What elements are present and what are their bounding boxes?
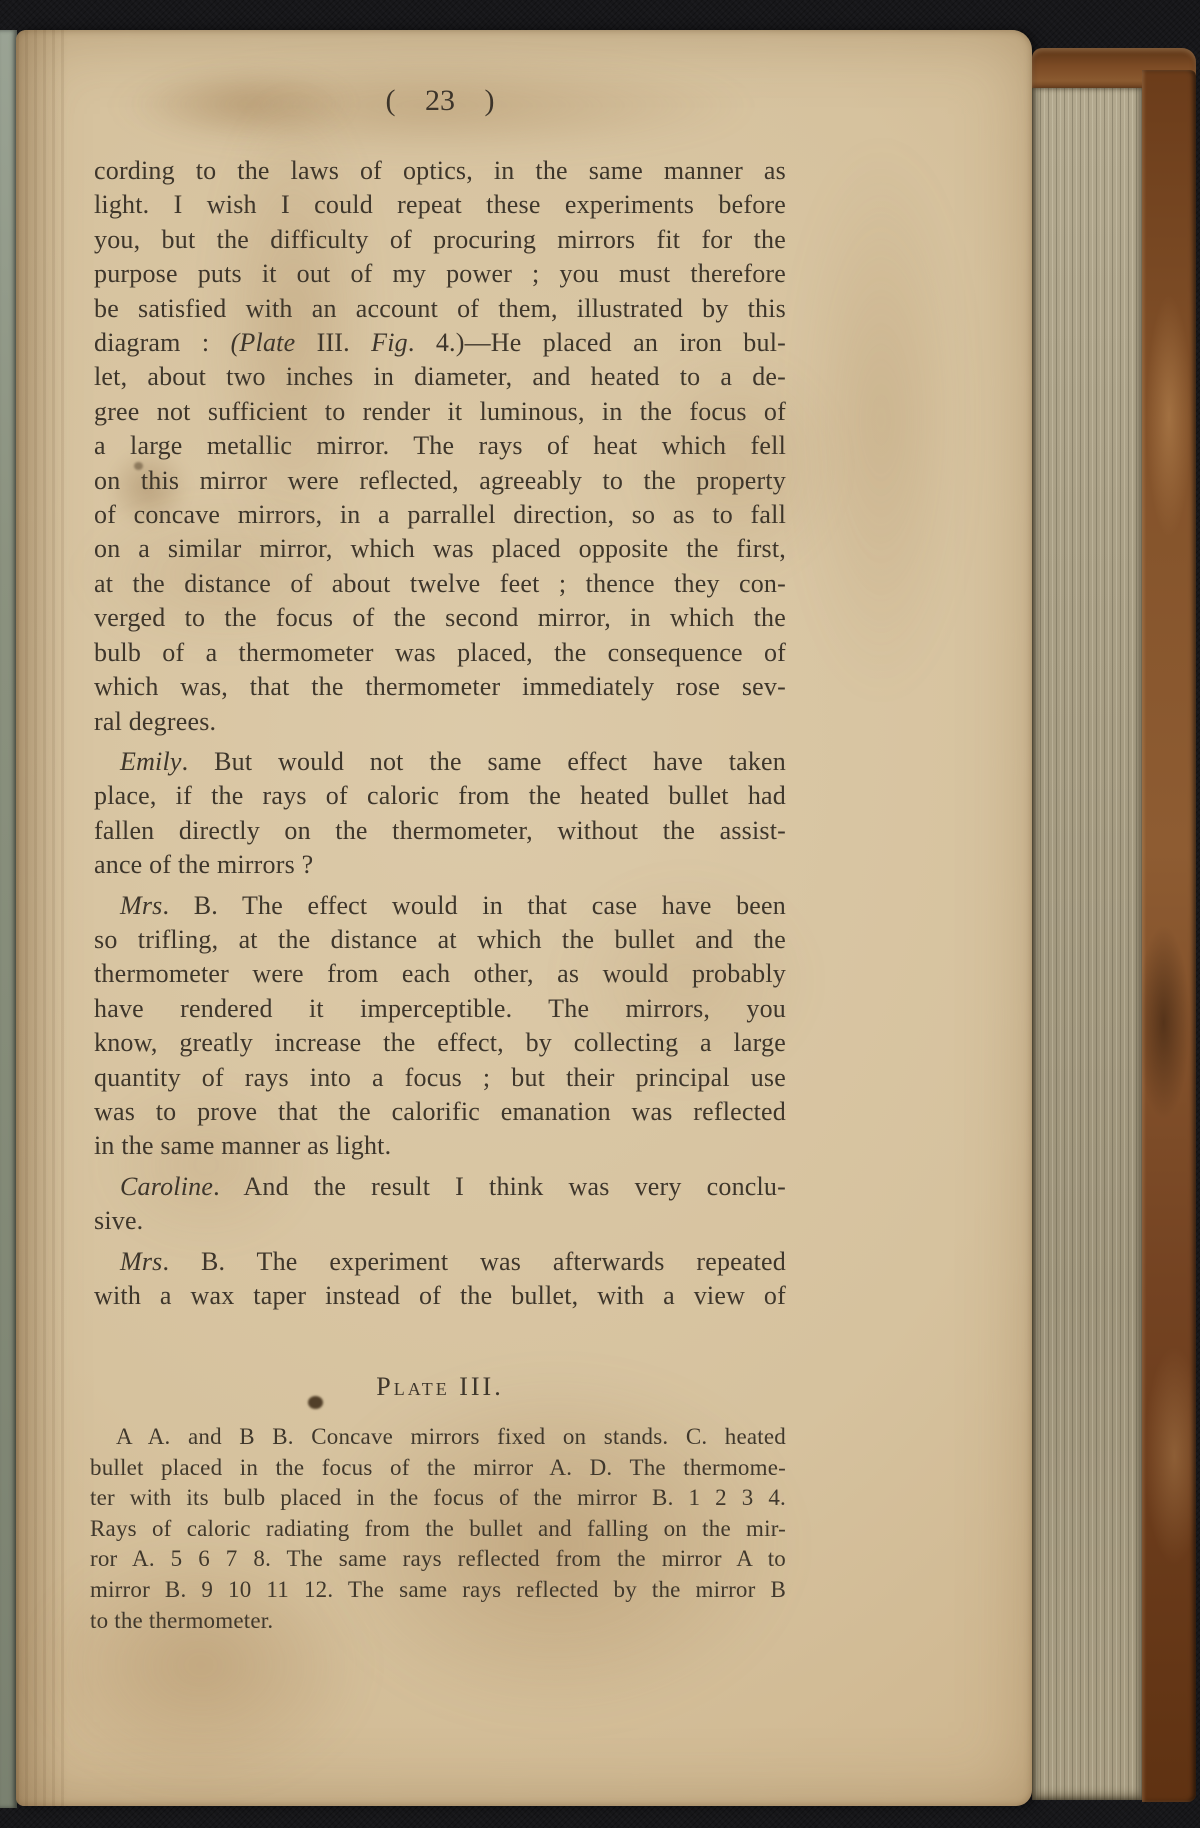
text-segment: ance of the mirrors ? (94, 850, 313, 879)
text-line: so trifling, at the distance at which th… (94, 923, 786, 957)
paragraph: Caroline. And the result I think was ver… (94, 1170, 786, 1239)
paragraph: Mrs. B. The effect would in that case ha… (94, 889, 786, 1164)
text-line: a large metallic mirror. The rays of hea… (94, 429, 786, 463)
text-segment: in the same manner as light. (94, 1131, 391, 1160)
text-line: was to prove that the calorific emanatio… (94, 1095, 786, 1129)
paragraph: Emily. But would not the same effect hav… (94, 745, 786, 883)
text-line: quantity of rays into a focus ; but thei… (94, 1061, 786, 1095)
text-line: cording to the laws of optics, in the sa… (94, 154, 786, 188)
text-line: thermometer were from each other, as wou… (94, 957, 786, 991)
text-line: of concave mirrors, in a parrallel direc… (94, 498, 786, 532)
text-segment: . But would not the same effect have tak… (182, 747, 786, 776)
text-segment: light. I wish I could repeat these exper… (94, 190, 786, 219)
text-line: in the same manner as light. (94, 1129, 786, 1163)
text-line: ance of the mirrors ? (94, 848, 786, 882)
text-line: purpose puts it out of my power ; you mu… (94, 257, 786, 291)
text-segment: thermometer were from each other, as wou… (94, 959, 786, 988)
text-segment: III. (295, 328, 371, 357)
text-segment: place, if the rays of caloric from the h… (94, 781, 786, 810)
text-line: place, if the rays of caloric from the h… (94, 779, 786, 813)
text-line: sive. (94, 1204, 786, 1238)
text-segment: on a similar mirror, which was placed op… (94, 534, 786, 563)
italic-text-segment: Caroline (120, 1172, 213, 1201)
text-line: at the distance of about twelve feet ; t… (94, 567, 786, 601)
text-line: ter with its bulb placed in the focus of… (90, 1483, 786, 1514)
text-line: Mrs. B. The experiment was afterwards re… (94, 1245, 786, 1279)
text-line: gree not sufficient to render it luminou… (94, 395, 786, 429)
text-segment: with a wax taper instead of the bullet, … (94, 1281, 786, 1310)
text-segment: purpose puts it out of my power ; you mu… (94, 259, 786, 288)
text-segment: was to prove that the calorific emanatio… (94, 1097, 786, 1126)
text-segment: at the distance of about twelve feet ; t… (94, 569, 786, 598)
text-line: with a wax taper instead of the bullet, … (94, 1279, 786, 1313)
paragraph: cording to the laws of optics, in the sa… (94, 154, 786, 739)
text-line: on a similar mirror, which was placed op… (94, 532, 786, 566)
plate-heading: Plate III. (94, 1372, 786, 1402)
text-line: ror A. 5 6 7 8. The same rays reflected … (90, 1544, 786, 1575)
text-segment: of concave mirrors, in a parrallel direc… (94, 500, 786, 529)
paragraph: Mrs. B. The experiment was afterwards re… (94, 1245, 786, 1314)
text-segment: let, about two inches in diameter, and h… (94, 362, 786, 391)
text-segment: cording to the laws of optics, in the sa… (94, 156, 786, 185)
text-line: Rays of caloric radiating from the bulle… (90, 1514, 786, 1545)
text-segment: . B. The effect would in that case have … (163, 891, 787, 920)
text-segment: diagram : (94, 328, 231, 357)
text-segment: know, greatly increase the effect, by co… (94, 1028, 786, 1057)
cover-leather-right (1142, 70, 1196, 1802)
page-number: ( 23 ) (94, 84, 786, 118)
italic-text-segment: Emily (120, 747, 182, 776)
text-segment: A A. and B B. Concave mirrors fixed on s… (116, 1424, 786, 1449)
text-segment: a large metallic mirror. The rays of hea… (94, 431, 786, 460)
text-segment: ror A. 5 6 7 8. The same rays reflected … (90, 1546, 786, 1571)
text-line: Caroline. And the result I think was ver… (94, 1170, 786, 1204)
text-segment: . B. The experiment was afterwards repea… (163, 1247, 787, 1276)
text-segment: Rays of caloric radiating from the bulle… (90, 1516, 786, 1541)
text-line: Emily. But would not the same effect hav… (94, 745, 786, 779)
book-page: ( 23 ) cording to the laws of optics, in… (16, 30, 1032, 1806)
text-segment: mirror B. 9 10 11 12. The same rays refl… (90, 1577, 786, 1602)
text-segment: bulb of a thermometer was placed, the co… (94, 638, 786, 667)
plate-caption: A A. and B B. Concave mirrors fixed on s… (90, 1422, 786, 1636)
text-line: light. I wish I could repeat these exper… (94, 188, 786, 222)
text-segment: ter with its bulb placed in the focus of… (90, 1485, 786, 1510)
italic-text-segment: Mrs (120, 1247, 163, 1276)
text-line: to the thermometer. (90, 1606, 786, 1637)
paper-stain (796, 140, 966, 700)
text-line: know, greatly increase the effect, by co… (94, 1026, 786, 1060)
text-segment: sive. (94, 1206, 143, 1235)
text-line: have rendered it imperceptible. The mirr… (94, 992, 786, 1026)
text-line: Mrs. B. The effect would in that case ha… (94, 889, 786, 923)
italic-text-segment: Mrs (120, 891, 163, 920)
text-segment: ral degrees. (94, 707, 216, 736)
text-line: you, but the difficulty of procuring mir… (94, 223, 786, 257)
text-segment: which was, that the thermometer immediat… (94, 672, 786, 701)
text-line: bullet placed in the focus of the mirror… (90, 1453, 786, 1484)
text-segment: you, but the difficulty of procuring mir… (94, 225, 786, 254)
text-line: ral degrees. (94, 705, 786, 739)
text-segment: be satisfied with an account of them, il… (94, 294, 786, 323)
text-line: which was, that the thermometer immediat… (94, 670, 786, 704)
text-line: on this mirror were reflected, agreeably… (94, 464, 786, 498)
text-segment: verged to the focus of the second mirror… (94, 603, 786, 632)
text-segment: bullet placed in the focus of the mirror… (90, 1455, 786, 1480)
text-line: be satisfied with an account of them, il… (94, 292, 786, 326)
text-segment: to the thermometer. (90, 1608, 273, 1633)
text-line: fallen directly on the thermometer, with… (94, 814, 786, 848)
fore-edge-pages (1032, 88, 1142, 1800)
text-segment: quantity of rays into a focus ; but thei… (94, 1063, 786, 1092)
text-segment: fallen directly on the thermometer, with… (94, 816, 786, 845)
cover-edge-left (0, 30, 17, 1808)
text-line: bulb of a thermometer was placed, the co… (94, 636, 786, 670)
text-segment: have rendered it imperceptible. The mirr… (94, 994, 786, 1023)
text-line: let, about two inches in diameter, and h… (94, 360, 786, 394)
page-body-text: cording to the laws of optics, in the sa… (94, 154, 786, 1313)
text-line: verged to the focus of the second mirror… (94, 601, 786, 635)
text-line: A A. and B B. Concave mirrors fixed on s… (90, 1422, 786, 1453)
italic-text-segment: (Plate (231, 328, 296, 357)
text-line: diagram : (Plate III. Fig. 4.)—He placed… (94, 326, 786, 360)
italic-text-segment: Fig (371, 328, 408, 357)
text-segment: . And the result I think was very conclu… (213, 1172, 786, 1201)
text-segment: . 4.)—He placed an iron bul- (408, 328, 786, 357)
text-segment: so trifling, at the distance at which th… (94, 925, 786, 954)
text-line: mirror B. 9 10 11 12. The same rays refl… (90, 1575, 786, 1606)
text-segment: on this mirror were reflected, agreeably… (94, 466, 786, 495)
binding-gutter-shadow (16, 30, 68, 1806)
text-segment: gree not sufficient to render it luminou… (94, 397, 786, 426)
